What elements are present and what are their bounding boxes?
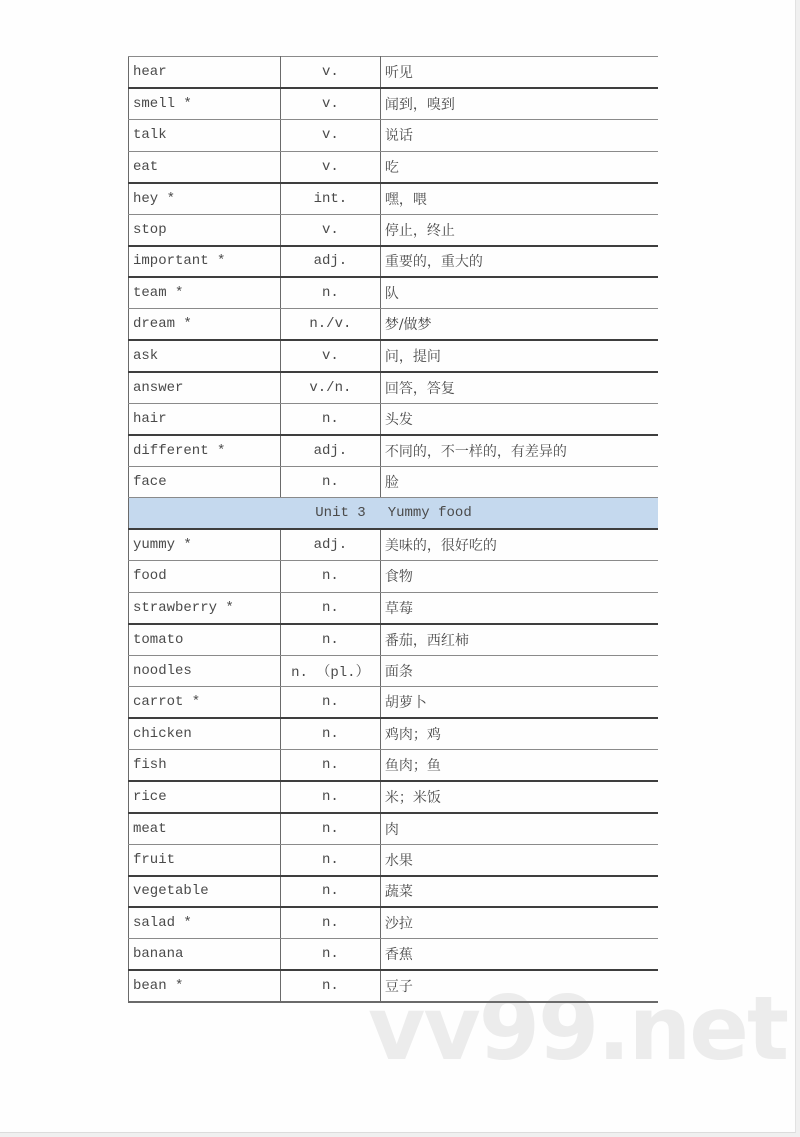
vocab-row: important *adj.重要的，重大的	[129, 246, 659, 278]
vocab-row: tomaton.番茄，西红柿	[129, 624, 659, 656]
part-of-speech-cell: n.	[280, 876, 380, 908]
vocab-row: chickenn.鸡肉；鸡	[129, 718, 659, 750]
vocab-row: bananan.香蕉	[129, 939, 659, 971]
unit-header-row: Unit 3Yummy food	[129, 498, 659, 530]
word-cell: hey *	[129, 183, 281, 215]
word-cell: rice	[129, 781, 281, 813]
word-cell: strawberry *	[129, 592, 281, 624]
part-of-speech-cell: n.	[280, 592, 380, 624]
part-of-speech-cell: n.	[280, 403, 380, 435]
word-cell: dream *	[129, 309, 281, 341]
meaning-cell: 鱼肉；鱼	[380, 750, 658, 782]
vocab-row: hairn.头发	[129, 403, 659, 435]
meaning-cell: 听见	[380, 57, 658, 89]
vocab-row: meatn.肉	[129, 813, 659, 845]
vocabulary-table-body: hearv.听见smell *v.闻到，嗅到talkv.说话eatv.吃hey …	[129, 57, 659, 1002]
meaning-cell: 闻到，嗅到	[380, 88, 658, 120]
vocab-row: bean *n.豆子	[129, 970, 659, 1002]
word-cell: answer	[129, 372, 281, 404]
meaning-cell: 草莓	[380, 592, 658, 624]
part-of-speech-cell: n.	[280, 939, 380, 971]
part-of-speech-cell: n.	[280, 781, 380, 813]
part-of-speech-cell: n.	[280, 561, 380, 593]
meaning-cell: 重要的，重大的	[380, 246, 658, 278]
word-cell: noodles	[129, 655, 281, 687]
word-cell: fruit	[129, 844, 281, 876]
word-cell: stop	[129, 214, 281, 246]
unit-number: Unit 3	[315, 505, 365, 521]
word-cell: face	[129, 466, 281, 498]
meaning-cell: 梦/做梦	[380, 309, 658, 341]
word-cell: carrot *	[129, 687, 281, 719]
meaning-cell: 香蕉	[380, 939, 658, 971]
meaning-cell: 说话	[380, 120, 658, 152]
vocab-row: talkv.说话	[129, 120, 659, 152]
part-of-speech-cell: v.	[280, 151, 380, 183]
document-page: vv99.net hearv.听见smell *v.闻到，嗅到talkv.说话e…	[0, 0, 796, 1133]
meaning-cell: 不同的，不一样的，有差异的	[380, 435, 658, 467]
word-cell: meat	[129, 813, 281, 845]
word-cell: salad *	[129, 907, 281, 939]
part-of-speech-cell: v.	[280, 57, 380, 89]
vocab-row: vegetablen.蔬菜	[129, 876, 659, 908]
vocab-row: different *adj.不同的，不一样的，有差异的	[129, 435, 659, 467]
meaning-cell: 嘿，喂	[380, 183, 658, 215]
meaning-cell: 面条	[380, 655, 658, 687]
part-of-speech-cell: v.	[280, 88, 380, 120]
vocab-row: ricen.米；米饭	[129, 781, 659, 813]
word-cell: banana	[129, 939, 281, 971]
word-cell: different *	[129, 435, 281, 467]
vocabulary-table: hearv.听见smell *v.闻到，嗅到talkv.说话eatv.吃hey …	[128, 56, 658, 1003]
vocab-row: noodlesn. （pl.）面条	[129, 655, 659, 687]
meaning-cell: 脸	[380, 466, 658, 498]
meaning-cell: 蔬菜	[380, 876, 658, 908]
word-cell: smell *	[129, 88, 281, 120]
vocab-row: hey *int.嘿，喂	[129, 183, 659, 215]
meaning-cell: 豆子	[380, 970, 658, 1002]
word-cell: important *	[129, 246, 281, 278]
part-of-speech-cell: adj.	[280, 529, 380, 561]
part-of-speech-cell: n.	[280, 750, 380, 782]
word-cell: fish	[129, 750, 281, 782]
word-cell: yummy *	[129, 529, 281, 561]
meaning-cell: 停止，终止	[380, 214, 658, 246]
word-cell: tomato	[129, 624, 281, 656]
vocab-row: eatv.吃	[129, 151, 659, 183]
word-cell: talk	[129, 120, 281, 152]
part-of-speech-cell: v./n.	[280, 372, 380, 404]
word-cell: team *	[129, 277, 281, 309]
part-of-speech-cell: n.	[280, 466, 380, 498]
part-of-speech-cell: n.	[280, 813, 380, 845]
word-cell: bean *	[129, 970, 281, 1002]
part-of-speech-cell: n.	[280, 844, 380, 876]
part-of-speech-cell: adj.	[280, 435, 380, 467]
word-cell: chicken	[129, 718, 281, 750]
word-cell: eat	[129, 151, 281, 183]
part-of-speech-cell: n.	[280, 624, 380, 656]
vocab-row: salad *n.沙拉	[129, 907, 659, 939]
vocab-row: fruitn.水果	[129, 844, 659, 876]
part-of-speech-cell: n. （pl.）	[280, 655, 380, 687]
vocab-row: smell *v.闻到，嗅到	[129, 88, 659, 120]
meaning-cell: 头发	[380, 403, 658, 435]
vocab-row: answerv./n.回答，答复	[129, 372, 659, 404]
meaning-cell: 队	[380, 277, 658, 309]
part-of-speech-cell: n.	[280, 687, 380, 719]
word-cell: ask	[129, 340, 281, 372]
vocab-row: foodn.食物	[129, 561, 659, 593]
word-cell: vegetable	[129, 876, 281, 908]
meaning-cell: 胡萝卜	[380, 687, 658, 719]
vocab-row: team *n.队	[129, 277, 659, 309]
part-of-speech-cell: v.	[280, 214, 380, 246]
meaning-cell: 沙拉	[380, 907, 658, 939]
meaning-cell: 食物	[380, 561, 658, 593]
part-of-speech-cell: adj.	[280, 246, 380, 278]
vocab-row: stopv.停止，终止	[129, 214, 659, 246]
part-of-speech-cell: n.	[280, 970, 380, 1002]
part-of-speech-cell: v.	[280, 120, 380, 152]
vocab-row: yummy *adj.美味的，很好吃的	[129, 529, 659, 561]
part-of-speech-cell: n./v.	[280, 309, 380, 341]
word-cell: hear	[129, 57, 281, 89]
meaning-cell: 回答，答复	[380, 372, 658, 404]
part-of-speech-cell: v.	[280, 340, 380, 372]
meaning-cell: 问，提问	[380, 340, 658, 372]
vocab-row: fishn.鱼肉；鱼	[129, 750, 659, 782]
meaning-cell: 鸡肉；鸡	[380, 718, 658, 750]
vocab-row: carrot *n.胡萝卜	[129, 687, 659, 719]
unit-title: Yummy food	[388, 505, 472, 521]
word-cell: hair	[129, 403, 281, 435]
meaning-cell: 水果	[380, 844, 658, 876]
part-of-speech-cell: n.	[280, 907, 380, 939]
meaning-cell: 美味的，很好吃的	[380, 529, 658, 561]
vocab-row: strawberry *n.草莓	[129, 592, 659, 624]
part-of-speech-cell: n.	[280, 718, 380, 750]
meaning-cell: 吃	[380, 151, 658, 183]
word-cell: food	[129, 561, 281, 593]
unit-header-cell: Unit 3Yummy food	[129, 498, 659, 530]
vocab-row: hearv.听见	[129, 57, 659, 89]
vocab-row: askv.问，提问	[129, 340, 659, 372]
meaning-cell: 肉	[380, 813, 658, 845]
vocab-row: dream *n./v.梦/做梦	[129, 309, 659, 341]
meaning-cell: 米；米饭	[380, 781, 658, 813]
part-of-speech-cell: n.	[280, 277, 380, 309]
meaning-cell: 番茄，西红柿	[380, 624, 658, 656]
vocab-row: facen.脸	[129, 466, 659, 498]
part-of-speech-cell: int.	[280, 183, 380, 215]
